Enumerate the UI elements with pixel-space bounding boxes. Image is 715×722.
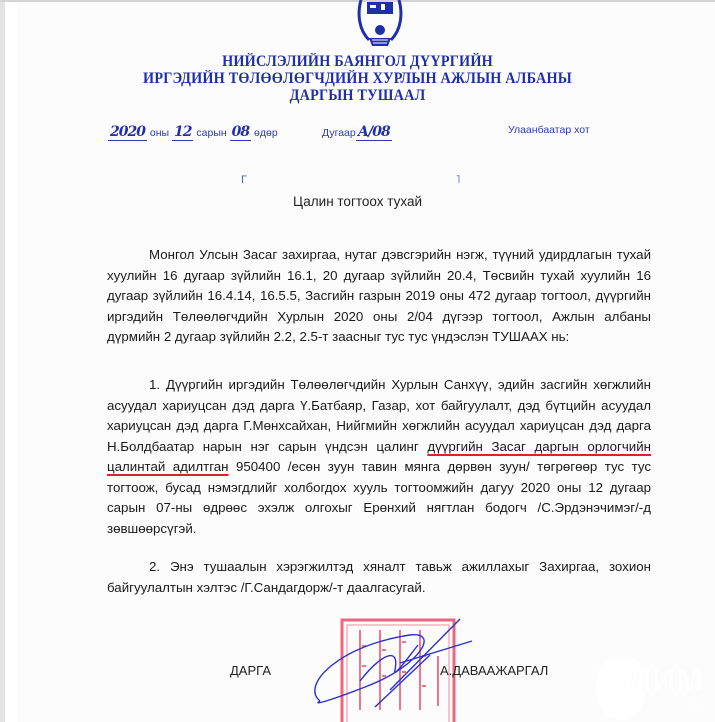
document-page (17, 2, 715, 722)
org-header-line2: ИРГЭДИЙН ТӨЛӨӨЛӨГЧДИЙН ХУРЛЫН АЖЛЫН АЛБА… (29, 70, 687, 88)
watermark-domain: МН (692, 702, 701, 708)
order-title: ДАРГЫН ТУШААЛ (29, 87, 687, 105)
order-number-label: Дугаар (322, 127, 356, 139)
preamble-paragraph: Монгол Улсын Засаг захиргаа, нутаг дэвсг… (107, 245, 651, 348)
clause-1-paragraph: 1. Дүүргийн иргэдийн Төлөөлөгчдийн Хурлы… (107, 375, 651, 539)
signatory-name: А.ДАВААЖАРГАЛ (440, 663, 548, 678)
site-watermark: АЛИМ МЭТ ЕМТТАЙ АЛИМ МН (592, 650, 715, 722)
org-header-line1: НИЙСЛЭЛИЙН БАЯНГОЛ ДҮҮРГИЙН (29, 53, 687, 71)
watermark-brand: АЛИМ (604, 662, 704, 699)
date-day: 08 (230, 124, 251, 141)
state-emblem-icon (355, 0, 405, 48)
date-year-suffix: оны (150, 127, 169, 139)
corner-mark-right: ˥ (456, 174, 460, 186)
order-date: 2020 оны 12 сарын 08 өдөр (108, 124, 278, 140)
order-number-value: А/08 (356, 124, 392, 141)
date-day-suffix: өдөр (254, 127, 278, 139)
viewer-margin (5, 2, 17, 722)
city-label: Улаанбаатар хот (508, 124, 590, 136)
order-subject: Цалин тогтоох тухай (0, 194, 715, 209)
clause-2-paragraph: 2. Энэ тушаалын хэрэгжилтэд хяналт тавьж… (107, 557, 651, 598)
order-number: ДугаарА/08 (322, 124, 392, 140)
signatory-title: ДАРГА (230, 663, 271, 678)
date-year: 2020 (108, 124, 147, 141)
date-month: 12 (172, 124, 193, 141)
corner-mark-left: Г (241, 174, 247, 186)
watermark-tagline: АЛИМ МЭТ ЕМТТАЙ (606, 653, 681, 660)
date-month-suffix: сарын (196, 127, 226, 139)
